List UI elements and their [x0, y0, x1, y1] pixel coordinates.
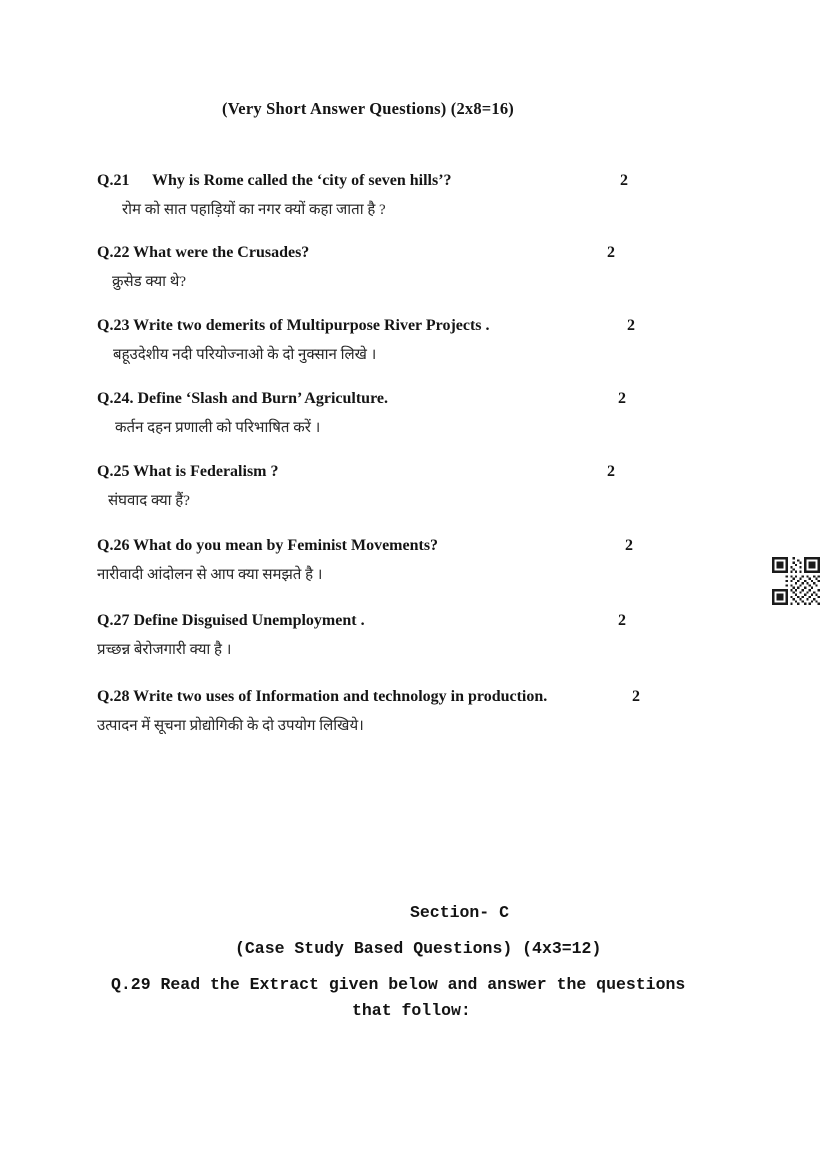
question-number: Q.22	[97, 244, 129, 261]
question-text: What do you mean by Feminist Movements?	[133, 537, 438, 554]
marks-value: 2	[627, 316, 635, 336]
question-text: Write two uses of Information and techno…	[133, 688, 547, 705]
question-block-q26: Q.26 What do you mean by Feminist Moveme…	[97, 536, 697, 586]
marks-value: 2	[618, 389, 626, 409]
question-block-q25: Q.25 What is Federalism ? 2 संघवाद क्या …	[97, 462, 697, 512]
question-line: Q.23 Write two demerits of Multipurpose …	[97, 316, 697, 336]
question-text-hindi: उत्पादन में सूचना प्रोद्योगिकी के दो उपय…	[97, 716, 697, 737]
marks-value: 2	[607, 462, 615, 482]
question-q29-line2: that follow:	[352, 1001, 471, 1021]
question-block-q22: Q.22 What were the Crusades? 2 क्रुसेड क…	[97, 243, 697, 293]
question-number: Q.23	[97, 317, 129, 334]
question-number: Q.26	[97, 537, 129, 554]
question-text-hindi: क्रुसेड क्या थे?	[112, 272, 697, 293]
question-text-hindi: कर्तन दहन प्रणाली को परिभाषित करें ।	[115, 418, 697, 439]
exam-paper-page: (Very Short Answer Questions) (2x8=16) Q…	[0, 0, 827, 1169]
question-block-q21: Q.21Why is Rome called the ‘city of seve…	[97, 171, 697, 221]
marks-value: 2	[625, 536, 633, 556]
question-line: Q.25 What is Federalism ? 2	[97, 462, 697, 482]
question-number: Q.28	[97, 688, 129, 705]
question-q29-line1: Q.29 Read the Extract given below and an…	[111, 975, 685, 995]
question-line: Q.28 Write two uses of Information and t…	[97, 687, 697, 707]
question-text: What is Federalism ?	[133, 463, 278, 480]
question-block-q28: Q.28 Write two uses of Information and t…	[97, 687, 697, 737]
question-text: Why is Rome called the ‘city of seven hi…	[152, 172, 452, 189]
question-text: Define ‘Slash and Burn’ Agriculture.	[137, 390, 388, 407]
question-text: Write two demerits of Multipurpose River…	[133, 317, 489, 334]
question-line: Q.21Why is Rome called the ‘city of seve…	[97, 171, 697, 191]
question-text-hindi: नारीवादी आंदोलन से आप क्या समझते है ।	[97, 565, 697, 586]
question-text: Define Disguised Unemployment .	[133, 612, 364, 629]
marks-value: 2	[618, 611, 626, 631]
section-heading: (Very Short Answer Questions) (2x8=16)	[222, 99, 514, 119]
question-block-q23: Q.23 Write two demerits of Multipurpose …	[97, 316, 697, 366]
qr-code-icon	[772, 557, 820, 605]
question-text-hindi: रोम को सात पहाड़ियों का नगर क्यों कहा जा…	[122, 200, 697, 221]
marks-value: 2	[607, 243, 615, 263]
question-text: What were the Crusades?	[133, 244, 309, 261]
question-line: Q.27 Define Disguised Unemployment . 2	[97, 611, 697, 631]
question-text-hindi: संघवाद क्या हैं?	[108, 491, 697, 512]
question-number: Q.21	[97, 171, 152, 191]
section-c-subtitle: (Case Study Based Questions) (4x3=12)	[235, 939, 601, 959]
question-line: Q.24. Define ‘Slash and Burn’ Agricultur…	[97, 389, 697, 409]
question-text-hindi: प्रच्छन्न बेरोजगारी क्या है ।	[97, 640, 697, 661]
question-line: Q.22 What were the Crusades? 2	[97, 243, 697, 263]
question-number: Q.24.	[97, 390, 133, 407]
marks-value: 2	[632, 687, 640, 707]
question-block-q27: Q.27 Define Disguised Unemployment . 2 प…	[97, 611, 697, 661]
question-line: Q.26 What do you mean by Feminist Moveme…	[97, 536, 697, 556]
marks-value: 2	[620, 171, 628, 191]
question-block-q24: Q.24. Define ‘Slash and Burn’ Agricultur…	[97, 389, 697, 439]
question-number: Q.27	[97, 612, 129, 629]
question-text-hindi: बहूउदेशीय नदी परियोज्नाओ के दो नुक्सान ल…	[113, 345, 697, 366]
question-number: Q.25	[97, 463, 129, 480]
section-c-title: Section- C	[410, 903, 509, 923]
